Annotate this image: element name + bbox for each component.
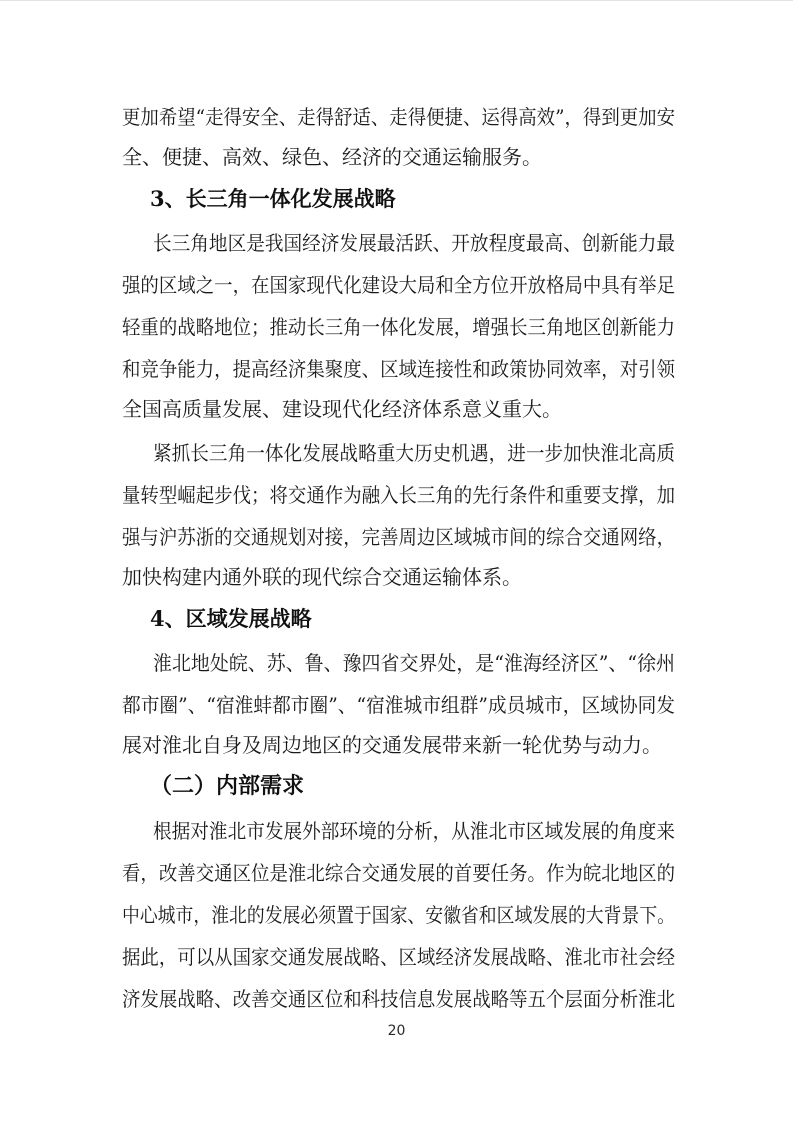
section-heading: （二）内部需求 bbox=[122, 766, 675, 808]
text-line: 根据对淮北市发展外部环境的分析，从淮北市区域发展的角度来 bbox=[122, 808, 675, 850]
svg-text:强与沪苏浙的交通规划对接，完善周边区域城市间的综合交通网络，: 强与沪苏浙的交通规划对接，完善周边区域城市间的综合交通网络， bbox=[122, 525, 675, 549]
text-line: 展对淮北自身及周边地区的交通发展带来新一轮优势与动力。 bbox=[122, 724, 675, 766]
svg-text:轻重的战略地位；推动长三角一体化发展，增强长三角地区创新能力: 轻重的战略地位；推动长三角一体化发展，增强长三角地区创新能力 bbox=[122, 315, 675, 339]
text-line: 都市圈”、“宿淮蚌都市圈”、“宿淮城市组群”成员城市，区域协同发 bbox=[122, 682, 675, 724]
text-line: 和竞争能力，提高经济集聚度、区域连接性和政策协同效率，对引领 bbox=[122, 346, 675, 388]
page-number: 20 bbox=[0, 1023, 793, 1039]
text-line: 看，改善交通区位是淮北综合交通发展的首要任务。作为皖北地区的 bbox=[122, 850, 675, 892]
text-line: 轻重的战略地位；推动长三角一体化发展，增强长三角地区创新能力 bbox=[122, 304, 675, 346]
text-line: 更加希望“走得安全、走得舒适、走得便捷、运得高效”，得到更加安 bbox=[122, 94, 675, 136]
document-page: 更加希望“走得安全、走得舒适、走得便捷、运得高效”，得到更加安全、便捷、高效、绿… bbox=[0, 0, 793, 1122]
svg-text:和竞争能力，提高经济集聚度、区域连接性和政策协同效率，对引领: 和竞争能力，提高经济集聚度、区域连接性和政策协同效率，对引领 bbox=[122, 357, 675, 381]
text-line: 全、便捷、高效、绿色、经济的交通运输服务。 bbox=[122, 136, 675, 178]
svg-text:长三角地区是我国经济发展最活跃、开放程度最高、创新能力最: 长三角地区是我国经济发展最活跃、开放程度最高、创新能力最 bbox=[153, 231, 675, 255]
svg-text:根据对淮北市发展外部环境的分析，从淮北市区域发展的角度来: 根据对淮北市发展外部环境的分析，从淮北市区域发展的角度来 bbox=[153, 819, 675, 843]
section-heading: 3、长三角一体化发展战略 bbox=[122, 178, 675, 220]
text-line: 强与沪苏浙的交通规划对接，完善周边区域城市间的综合交通网络， bbox=[122, 514, 675, 556]
text-line: 量转型崛起步伐；将交通作为融入长三角的先行条件和重要支撑，加 bbox=[122, 472, 675, 514]
svg-text:量转型崛起步伐；将交通作为融入长三角的先行条件和重要支撑，加: 量转型崛起步伐；将交通作为融入长三角的先行条件和重要支撑，加 bbox=[122, 483, 675, 507]
text-line: 长三角地区是我国经济发展最活跃、开放程度最高、创新能力最 bbox=[122, 220, 675, 262]
svg-text:强的区域之一，在国家现代化建设大局和全方位开放格局中具有举足: 强的区域之一，在国家现代化建设大局和全方位开放格局中具有举足 bbox=[122, 273, 675, 297]
svg-text:淮北地处皖、苏、鲁、豫四省交界处，是“淮海经济区”、“徐州: 淮北地处皖、苏、鲁、豫四省交界处，是“淮海经济区”、“徐州 bbox=[153, 651, 675, 675]
svg-text:中心城市，淮北的发展必须置于国家、安徽省和区域发展的大背景下: 中心城市，淮北的发展必须置于国家、安徽省和区域发展的大背景下。 bbox=[122, 903, 675, 927]
text-line: 强的区域之一，在国家现代化建设大局和全方位开放格局中具有举足 bbox=[122, 262, 675, 304]
page-content: 更加希望“走得安全、走得舒适、走得便捷、运得高效”，得到更加安全、便捷、高效、绿… bbox=[122, 94, 675, 1018]
text-line: 加快构建内通外联的现代综合交通运输体系。 bbox=[122, 556, 675, 598]
text-line: 淮北地处皖、苏、鲁、豫四省交界处，是“淮海经济区”、“徐州 bbox=[122, 640, 675, 682]
svg-text:看，改善交通区位是淮北综合交通发展的首要任务。作为皖北地区的: 看，改善交通区位是淮北综合交通发展的首要任务。作为皖北地区的 bbox=[122, 861, 675, 885]
svg-text:更加希望“走得安全、走得舒适、走得便捷、运得高效”，得到更加: 更加希望“走得安全、走得舒适、走得便捷、运得高效”，得到更加安 bbox=[122, 105, 675, 129]
text-line: 中心城市，淮北的发展必须置于国家、安徽省和区域发展的大背景下。 bbox=[122, 892, 675, 934]
svg-text:据此，可以从国家交通发展战略、区域经济发展战略、淮北市社会经: 据此，可以从国家交通发展战略、区域经济发展战略、淮北市社会经 bbox=[122, 945, 675, 969]
section-heading: 4、区域发展战略 bbox=[122, 598, 675, 640]
svg-text:紧抓长三角一体化发展战略重大历史机遇，进一步加快淮北高质: 紧抓长三角一体化发展战略重大历史机遇，进一步加快淮北高质 bbox=[153, 441, 675, 465]
svg-text:都市圈”、“宿淮蚌都市圈”、“宿淮城市组群”成员城市，区域协: 都市圈”、“宿淮蚌都市圈”、“宿淮城市组群”成员城市，区域协同发 bbox=[122, 693, 675, 717]
svg-text:济发展战略、改善交通区位和科技信息发展战略等五个层面分析淮北: 济发展战略、改善交通区位和科技信息发展战略等五个层面分析淮北 bbox=[122, 987, 675, 1011]
text-line: 济发展战略、改善交通区位和科技信息发展战略等五个层面分析淮北 bbox=[122, 976, 675, 1018]
text-line: 紧抓长三角一体化发展战略重大历史机遇，进一步加快淮北高质 bbox=[122, 430, 675, 472]
text-line: 据此，可以从国家交通发展战略、区域经济发展战略、淮北市社会经 bbox=[122, 934, 675, 976]
text-line: 全国高质量发展、建设现代化经济体系意义重大。 bbox=[122, 388, 675, 430]
